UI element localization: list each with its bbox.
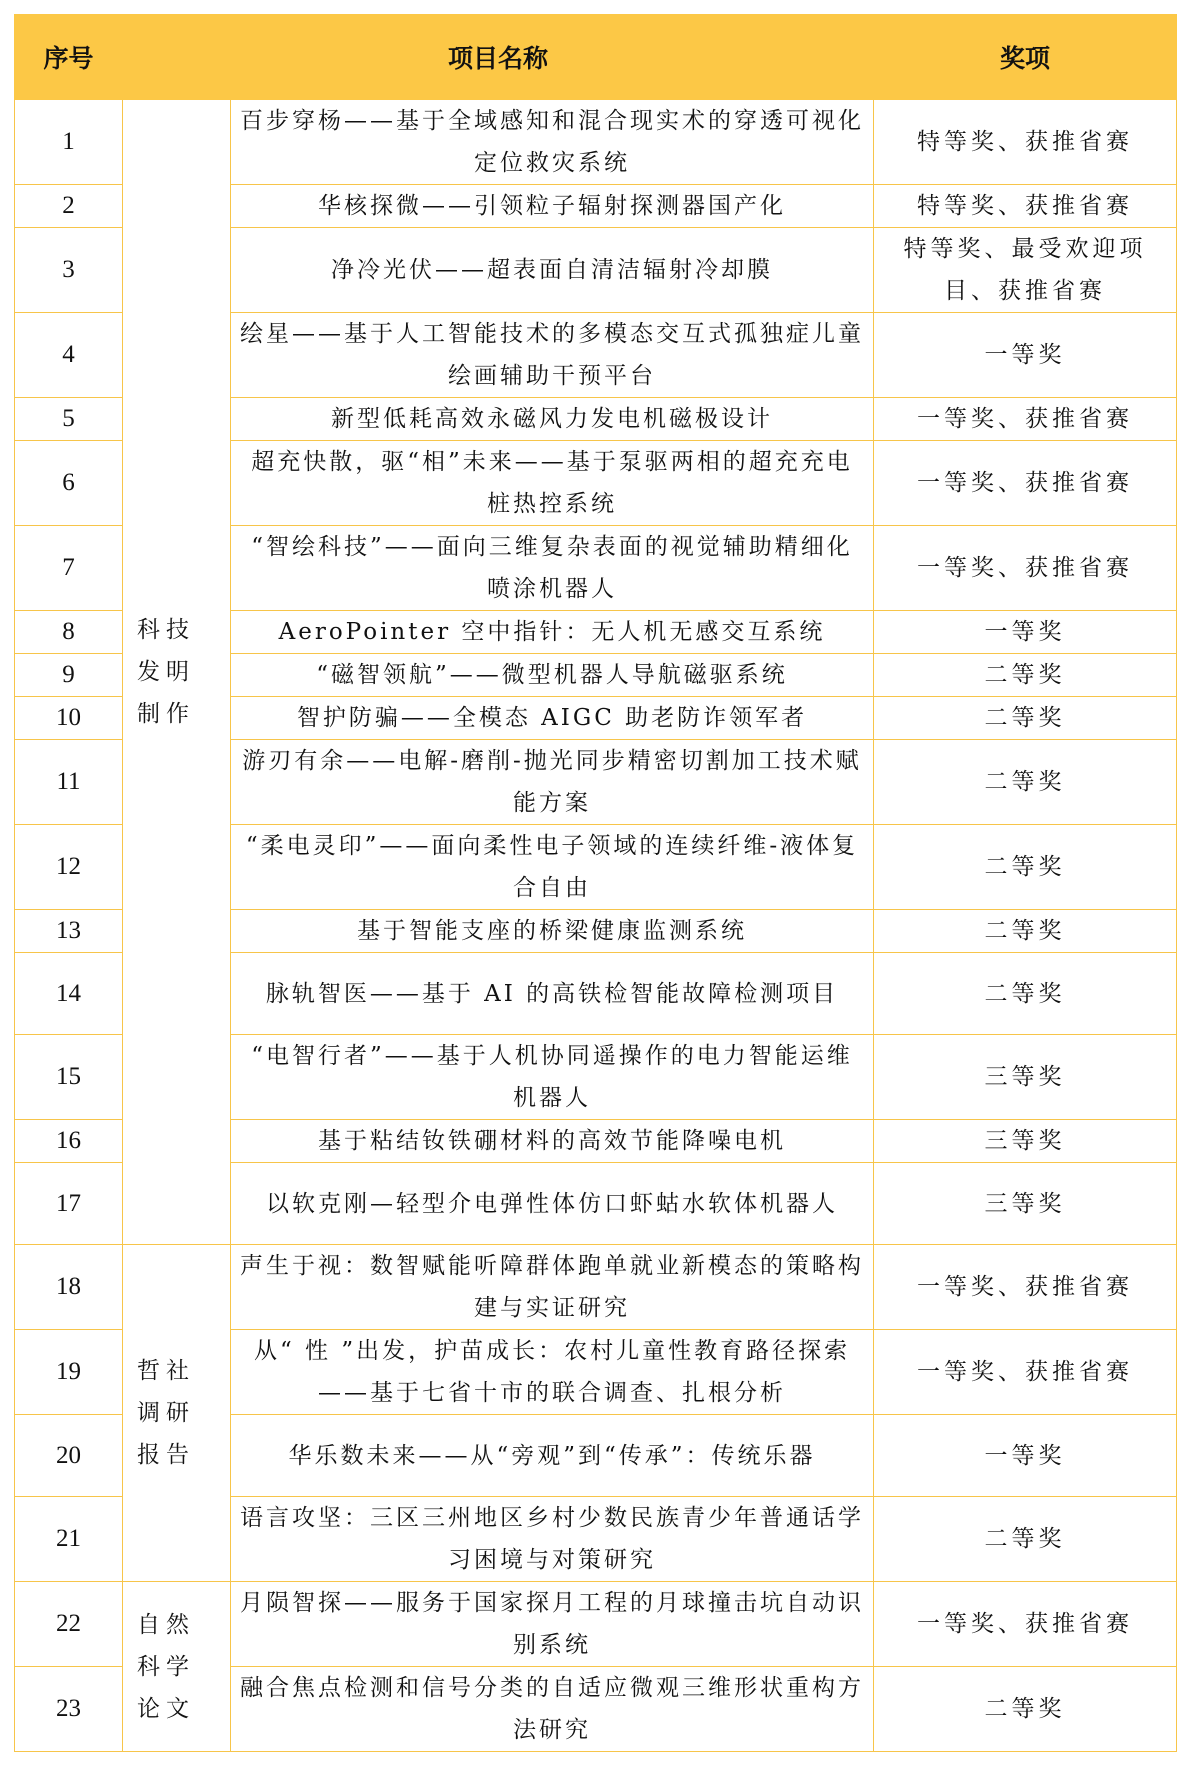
row-index: 15 (15, 1035, 123, 1120)
row-award: 特等奖、最受欢迎项目、获推省赛 (874, 228, 1177, 313)
row-index: 2 (15, 185, 123, 228)
row-award: 特等奖、获推省赛 (874, 185, 1177, 228)
row-project: AeroPointer 空中指针：无人机无感交互系统 (231, 611, 874, 654)
row-index: 4 (15, 313, 123, 398)
row-index: 7 (15, 526, 123, 611)
row-award: 一等奖、获推省赛 (874, 1330, 1177, 1415)
table-header-row: 序号 项目名称 奖项 (15, 15, 1177, 100)
row-index: 20 (15, 1415, 123, 1497)
row-project: “智绘科技”——面向三维复杂表面的视觉辅助精细化喷涂机器人 (231, 526, 874, 611)
awards-table: 序号 项目名称 奖项 1 科技发明制作 百步穿杨——基于全域感知和混合现实术的穿… (14, 14, 1177, 1752)
table-row: 18 哲社调研报告 声生于视：数智赋能听障群体跑单就业新模态的策略构建与实证研究… (15, 1245, 1177, 1330)
row-award: 二等奖 (874, 1497, 1177, 1582)
table-row: 1 科技发明制作 百步穿杨——基于全域感知和混合现实术的穿透可视化定位救灾系统 … (15, 100, 1177, 185)
row-project: 脉轨智医——基于 AI 的高铁检智能故障检测项目 (231, 953, 874, 1035)
row-award: 二等奖 (874, 654, 1177, 697)
row-index: 13 (15, 910, 123, 953)
row-index: 17 (15, 1163, 123, 1245)
row-project: 融合焦点检测和信号分类的自适应微观三维形状重构方法研究 (231, 1667, 874, 1752)
row-award: 二等奖 (874, 1667, 1177, 1752)
row-award: 一等奖、获推省赛 (874, 526, 1177, 611)
row-award: 二等奖 (874, 825, 1177, 910)
header-award: 奖项 (874, 15, 1177, 100)
row-index: 5 (15, 398, 123, 441)
row-award: 二等奖 (874, 740, 1177, 825)
row-index: 14 (15, 953, 123, 1035)
row-project: 超充快散，驱“相”未来——基于泵驱两相的超充充电桩热控系统 (231, 441, 874, 526)
row-award: 一等奖、获推省赛 (874, 441, 1177, 526)
row-project: 新型低耗高效永磁风力发电机磁极设计 (231, 398, 874, 441)
row-project: 以软克刚—轻型介电弹性体仿口虾蛄水软体机器人 (231, 1163, 874, 1245)
row-project: 月陨智探——服务于国家探月工程的月球撞击坑自动识别系统 (231, 1582, 874, 1667)
row-project: “电智行者”——基于人机协同遥操作的电力智能运维机器人 (231, 1035, 874, 1120)
table-row: 22 自然科学论文 月陨智探——服务于国家探月工程的月球撞击坑自动识别系统 一等… (15, 1582, 1177, 1667)
row-index: 23 (15, 1667, 123, 1752)
row-award: 一等奖、获推省赛 (874, 1582, 1177, 1667)
row-award: 一等奖、获推省赛 (874, 398, 1177, 441)
row-award: 三等奖 (874, 1120, 1177, 1163)
row-project: 基于智能支座的桥梁健康监测系统 (231, 910, 874, 953)
category-cell: 科技发明制作 (123, 100, 231, 1245)
row-index: 19 (15, 1330, 123, 1415)
row-index: 10 (15, 697, 123, 740)
row-index: 21 (15, 1497, 123, 1582)
row-project: 净冷光伏——超表面自清洁辐射冷却膜 (231, 228, 874, 313)
row-award: 一等奖、获推省赛 (874, 1245, 1177, 1330)
row-index: 11 (15, 740, 123, 825)
row-index: 12 (15, 825, 123, 910)
row-index: 8 (15, 611, 123, 654)
row-award: 一等奖 (874, 313, 1177, 398)
row-index: 18 (15, 1245, 123, 1330)
row-award: 三等奖 (874, 1035, 1177, 1120)
row-index: 9 (15, 654, 123, 697)
row-project: 智护防骗——全模态 AIGC 助老防诈领军者 (231, 697, 874, 740)
row-project: 华核探微——引领粒子辐射探测器国产化 (231, 185, 874, 228)
row-project: 语言攻坚：三区三州地区乡村少数民族青少年普通话学习困境与对策研究 (231, 1497, 874, 1582)
row-project: 游刃有余——电解-磨削-抛光同步精密切割加工技术赋能方案 (231, 740, 874, 825)
row-award: 二等奖 (874, 953, 1177, 1035)
header-project: 项目名称 (123, 15, 874, 100)
row-index: 1 (15, 100, 123, 185)
row-project: “磁智领航”——微型机器人导航磁驱系统 (231, 654, 874, 697)
row-index: 22 (15, 1582, 123, 1667)
row-award: 二等奖 (874, 910, 1177, 953)
category-cell: 自然科学论文 (123, 1582, 231, 1752)
row-index: 6 (15, 441, 123, 526)
header-index: 序号 (15, 15, 123, 100)
row-project: 基于粘结钕铁硼材料的高效节能降噪电机 (231, 1120, 874, 1163)
row-award: 一等奖 (874, 611, 1177, 654)
row-project: 声生于视：数智赋能听障群体跑单就业新模态的策略构建与实证研究 (231, 1245, 874, 1330)
row-project: 从“ 性 ”出发，护苗成长：农村儿童性教育路径探索——基于七省十市的联合调查、扎… (231, 1330, 874, 1415)
category-cell: 哲社调研报告 (123, 1245, 231, 1582)
row-award: 特等奖、获推省赛 (874, 100, 1177, 185)
row-award: 二等奖 (874, 697, 1177, 740)
row-project: “柔电灵印”——面向柔性电子领域的连续纤维-液体复合自由 (231, 825, 874, 910)
row-project: 绘星——基于人工智能技术的多模态交互式孤独症儿童绘画辅助干预平台 (231, 313, 874, 398)
row-award: 一等奖 (874, 1415, 1177, 1497)
row-award: 三等奖 (874, 1163, 1177, 1245)
row-project: 华乐数未来——从“旁观”到“传承”：传统乐器 (231, 1415, 874, 1497)
row-index: 16 (15, 1120, 123, 1163)
row-index: 3 (15, 228, 123, 313)
row-project: 百步穿杨——基于全域感知和混合现实术的穿透可视化定位救灾系统 (231, 100, 874, 185)
